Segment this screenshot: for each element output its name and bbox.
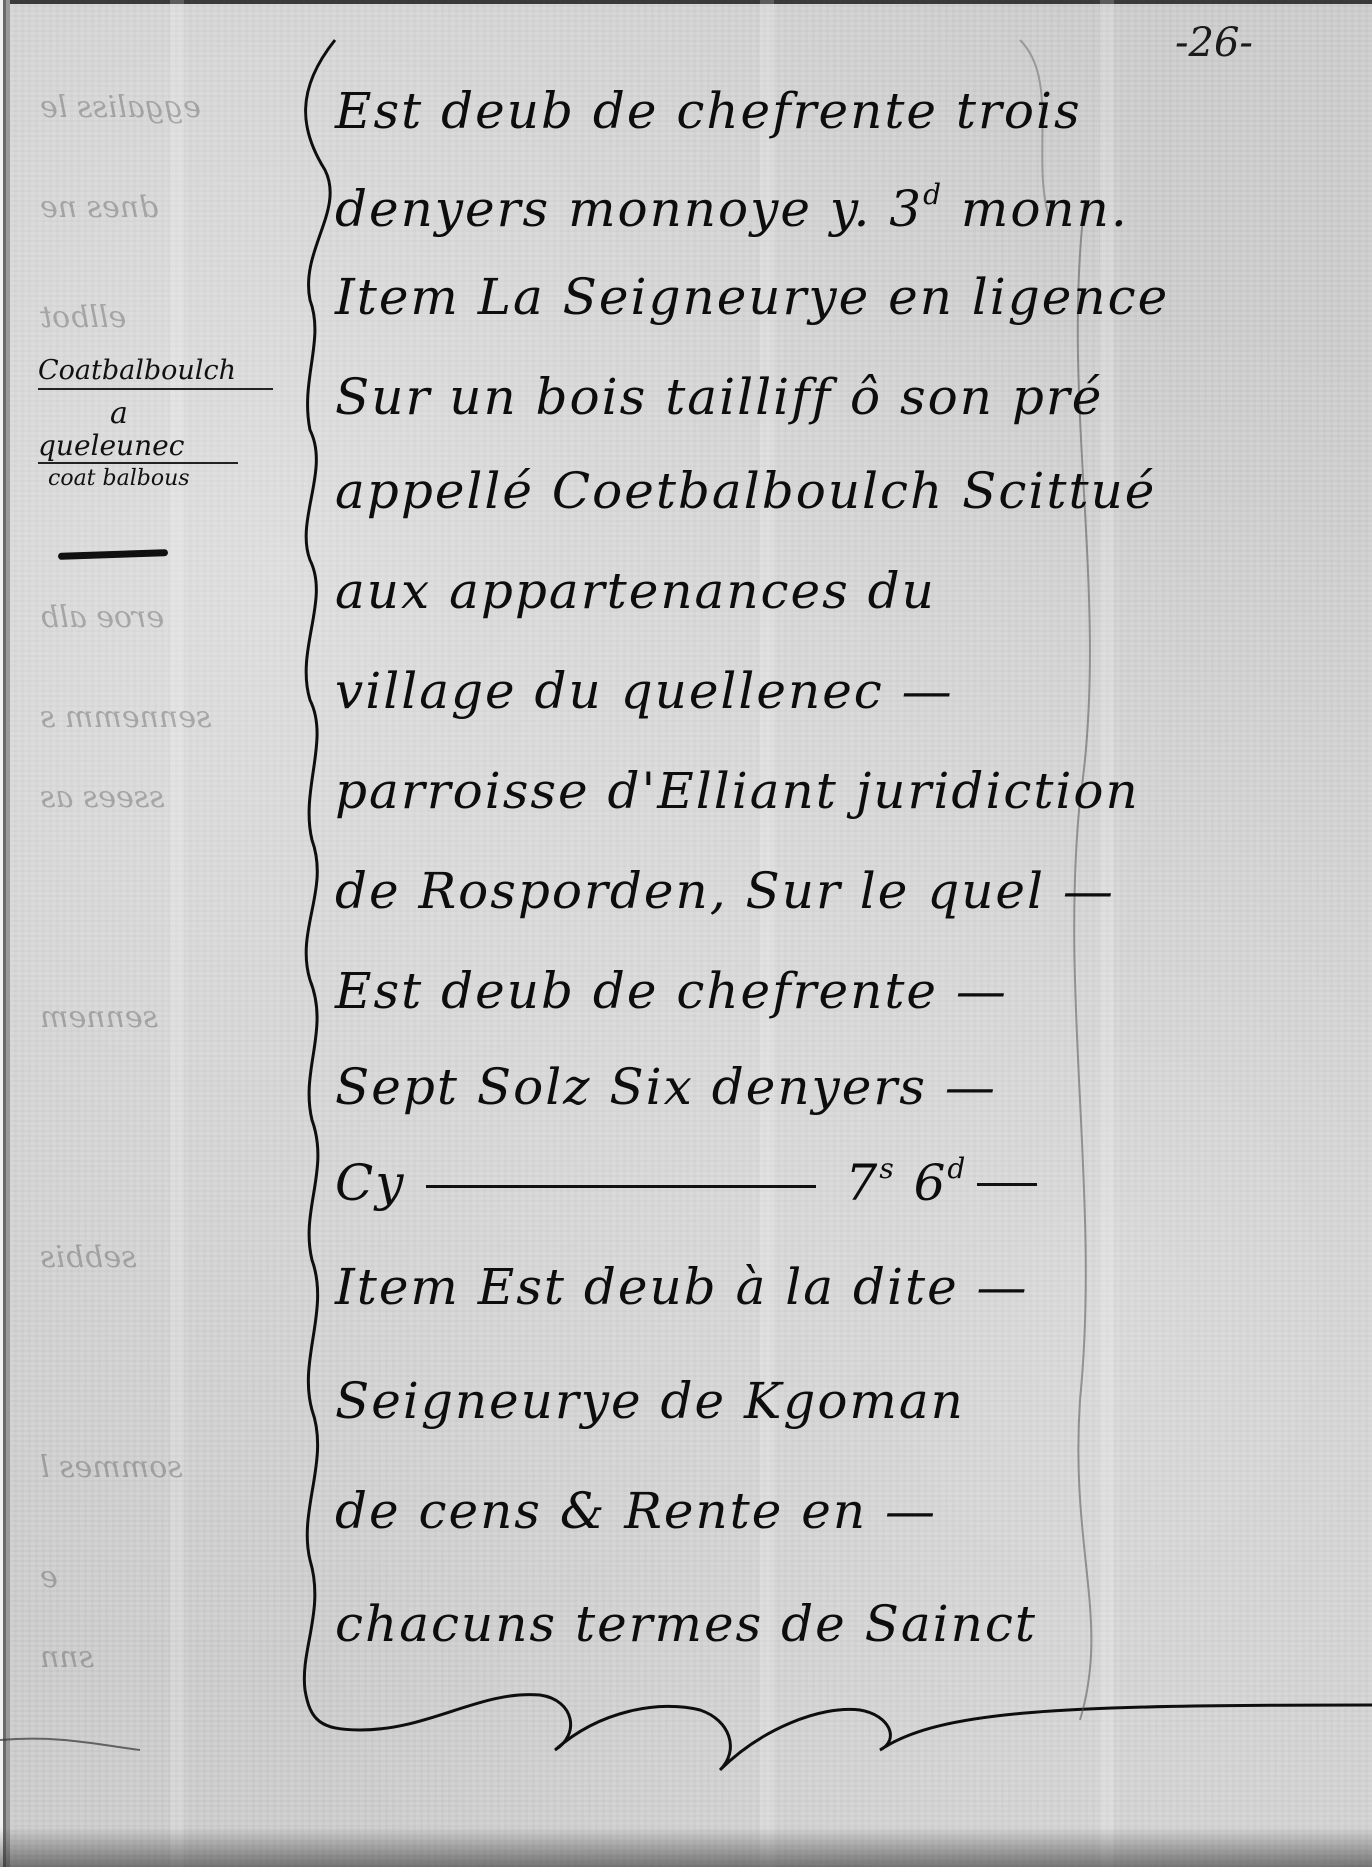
text-line: Seigneurye de Kgoman — [335, 1372, 965, 1430]
text-line: de Rosporden, Sur le quel — — [335, 862, 1115, 920]
deniers-mark: d — [947, 1152, 967, 1185]
total-label: Cy — [335, 1154, 406, 1212]
total-deniers: 6 — [914, 1154, 948, 1212]
text-line: parroisse d'Elliant juridiction — [335, 762, 1140, 820]
text-line: chacuns termes de Sainct — [335, 1595, 1037, 1653]
text-line: Sur un bois tailliff ô son pré — [335, 368, 1103, 426]
monnoye-abbrev: monn. — [961, 180, 1129, 238]
sols-mark: s — [879, 1152, 895, 1185]
deniers-mark: d — [923, 178, 943, 211]
text-line: Item Est deub à la dite — — [335, 1258, 1029, 1316]
text-line: Est deub de chefrente trois — [335, 82, 1082, 140]
amount: 3 — [889, 180, 923, 238]
manuscript-page: eggaliss le dnes ne ellbot eroe alb senn… — [0, 0, 1372, 1867]
total-sols: 7 — [846, 1154, 880, 1212]
text-line: Sept Solz Six denyers — — [335, 1058, 997, 1116]
text-line: de cens & Rente en — — [335, 1482, 937, 1540]
total-rule — [426, 1185, 816, 1188]
text-line: Item La Seigneurye en ligence — [335, 268, 1169, 326]
text-line: Est deub de chefrente — — [335, 962, 1008, 1020]
text-line: denyers monnoye y. 3d monn. — [335, 178, 1129, 238]
text-line-main: denyers monnoye y. — [335, 180, 889, 238]
total-line: Cy7s 6d — [335, 1152, 1037, 1212]
text-line: village du quellenec — — [335, 662, 954, 720]
trailing-rule — [977, 1183, 1037, 1186]
text-line: appellé Coetbalboulch Scittué — [335, 462, 1156, 520]
text-line: aux appartenances du — [335, 562, 936, 620]
